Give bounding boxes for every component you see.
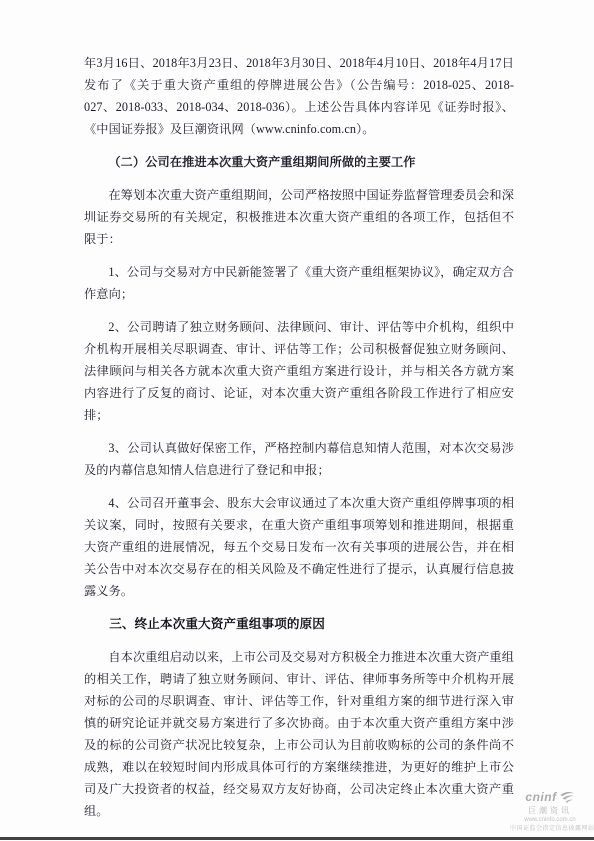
page-text-block: 年3月16日、2018年3月23日、2018年3月30日、2018年4月10日、… bbox=[84, 52, 514, 833]
section-heading-main-work: （二）公司在推进本次重大资产重组期间所做的主要工作 bbox=[84, 151, 514, 173]
cninfo-tagline: 中国证监会指定信息披露网站 bbox=[510, 826, 590, 834]
cninfo-swirl-icon bbox=[559, 791, 575, 804]
cninfo-watermark: cninf 巨潮资讯 www.cninfo.com.cn 中国证监会指定信息披露… bbox=[510, 790, 590, 833]
section-heading-termination-reason: 三、终止本次重大资产重组事项的原因 bbox=[84, 613, 514, 635]
cninfo-brand-name: 巨潮资讯 bbox=[510, 806, 590, 816]
paragraph-planning-intro: 在筹划本次重大资产重组期间，公司严格按照中国证券监督管理委员会和深圳证券交易所的… bbox=[84, 184, 514, 250]
work-item-4: 4、公司召开董事会、股东大会审议通过了本次重大资产重组停牌事项的相关议案，同时，… bbox=[84, 492, 514, 602]
cninfo-logo: cninf bbox=[510, 790, 590, 805]
cninfo-logo-text: cninf bbox=[525, 790, 556, 805]
work-item-2: 2、公司聘请了独立财务顾问、法律顾问、审计、评估等中介机构，组织中介机构开展相关… bbox=[84, 316, 514, 426]
paragraph-announcement-dates: 年3月16日、2018年3月23日、2018年3月30日、2018年4月10日、… bbox=[84, 52, 514, 140]
page-bottom-edge-line bbox=[0, 837, 594, 840]
work-item-3: 3、公司认真做好保密工作，严格控制内幕信息知情人范围，对本次交易涉及的内幕信息知… bbox=[84, 437, 514, 481]
work-item-1: 1、公司与交易对方中民新能签署了《重大资产重组框架协议》，确定双方合作意向； bbox=[84, 261, 514, 305]
cninfo-url: www.cninfo.com.cn bbox=[510, 817, 590, 825]
paragraph-termination-reason: 自本次重组启动以来，上市公司及交易对方积极全力推进本次重大资产重组的相关工作，聘… bbox=[84, 646, 514, 822]
document-page: 年3月16日、2018年3月23日、2018年3月30日、2018年4月10日、… bbox=[0, 0, 594, 841]
